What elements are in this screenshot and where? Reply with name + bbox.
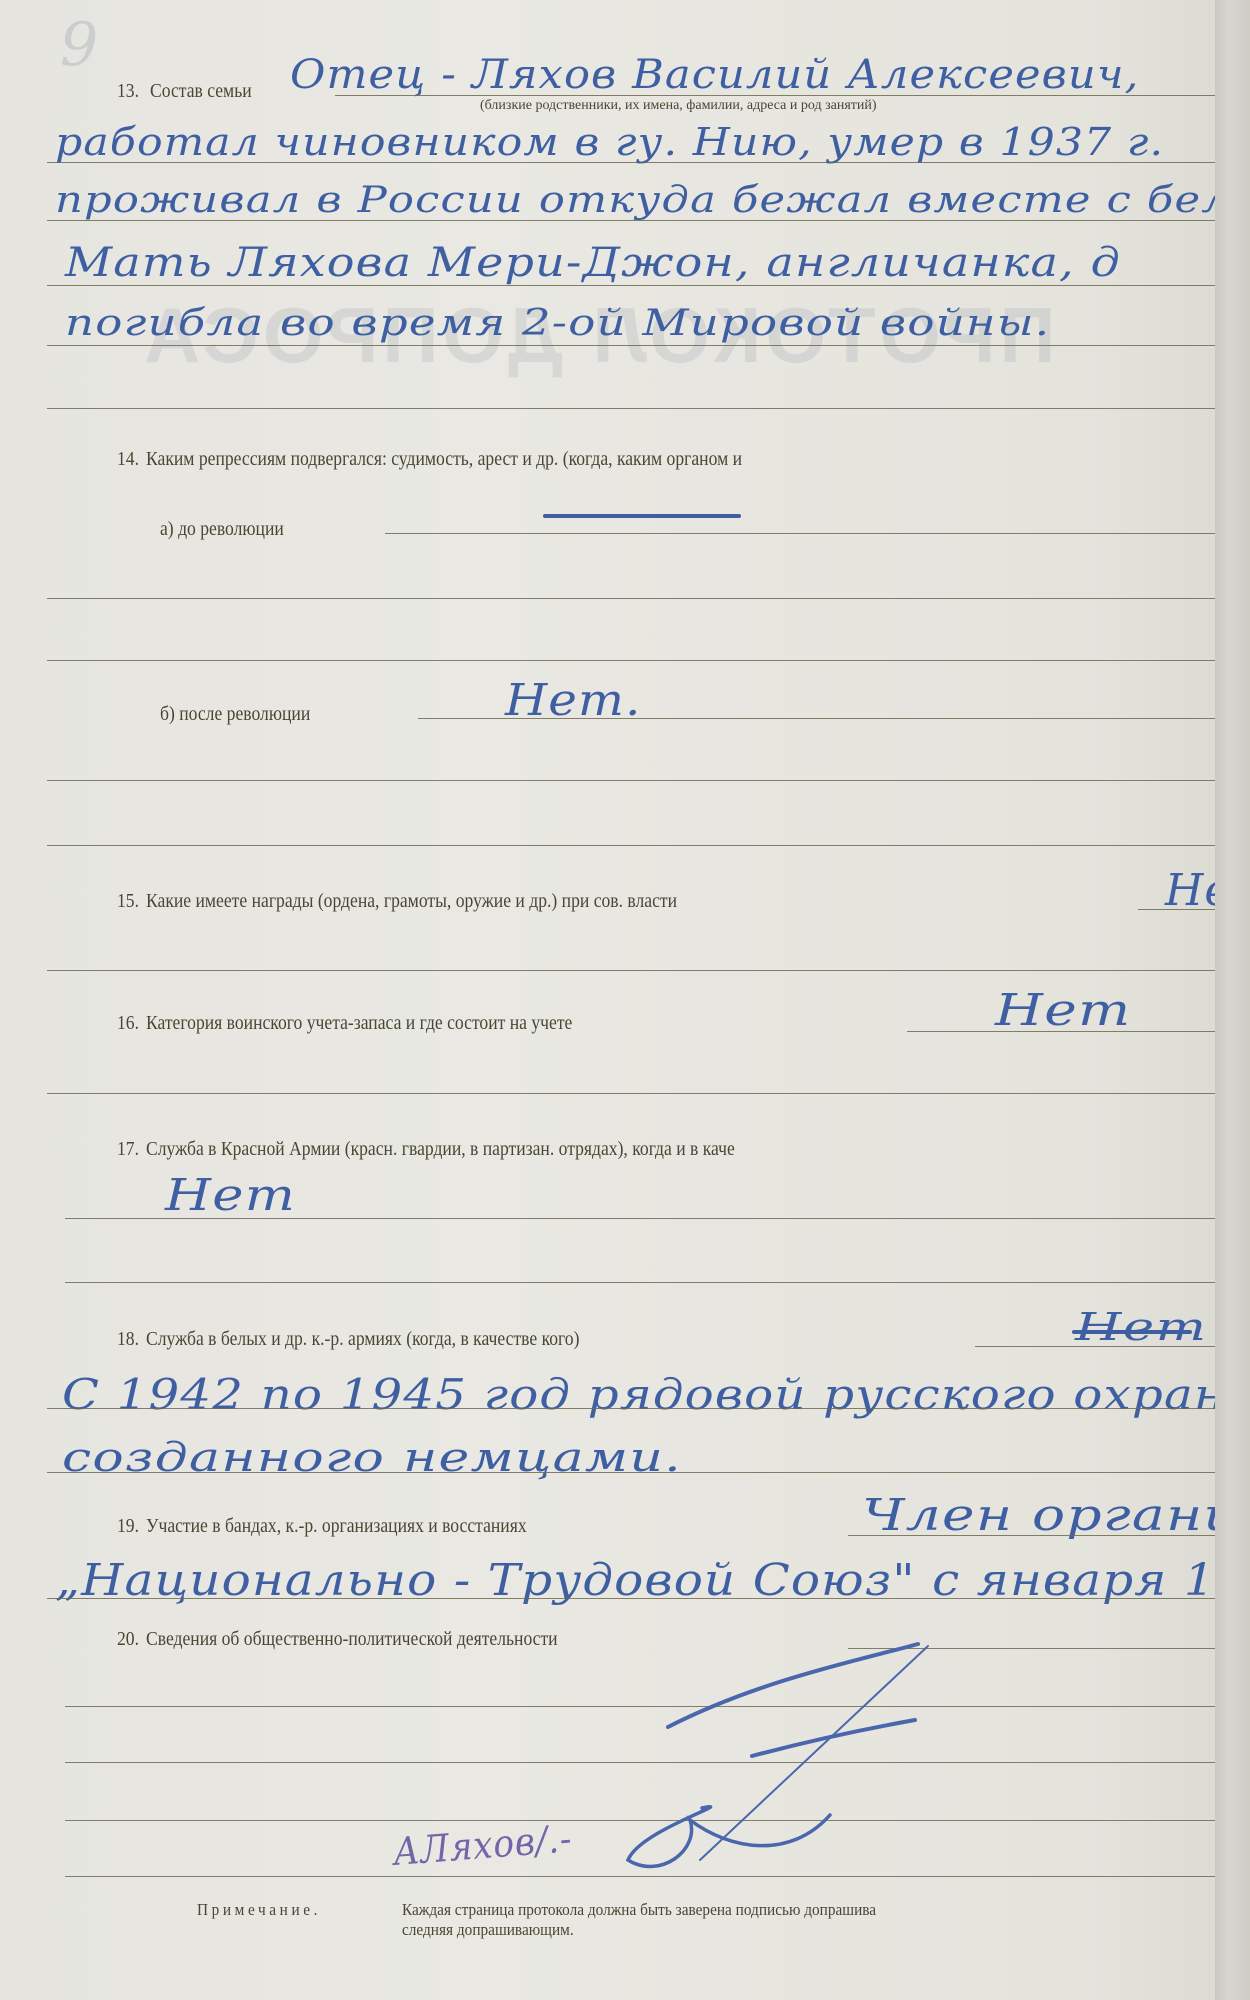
footer-note-label: Примечание. bbox=[197, 1900, 321, 1920]
page-binding-edge bbox=[1215, 0, 1250, 2000]
footer-note-line-2: следняя допрашивающим. bbox=[402, 1920, 574, 1940]
z-cancellation-stroke bbox=[0, 0, 1250, 2000]
document-page: ПРОТОКОЛ ДОПРОСА 9 13. Состав семьи Отец… bbox=[0, 0, 1215, 2000]
footer-note-line-1: Каждая страница протокола должна быть за… bbox=[402, 1900, 876, 1920]
